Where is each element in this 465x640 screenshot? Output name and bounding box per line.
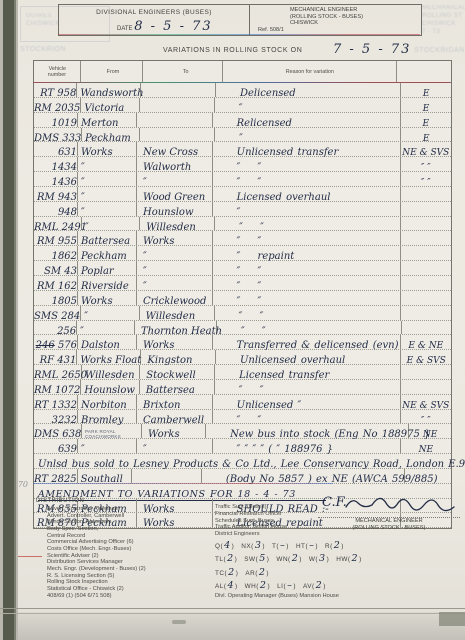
distribution-item: Costs Office (Mech. Engr.-Buses) (47, 546, 146, 553)
garage-code-close: ) (293, 583, 296, 590)
table-row: RML 2491″Willesden″ ″ (34, 217, 451, 232)
smudge-mark (172, 620, 186, 624)
garage-code: AV( (303, 583, 315, 590)
code-line: Q(4)NX(3)T(–)HT(–)R(2) (215, 540, 369, 553)
signature-block: C.F. MECHANICAL ENGINEER (ROLLING STOCK … (318, 495, 460, 531)
signature-role-1: MECHANICAL ENGINEER (318, 518, 460, 525)
garage-code-close: ) (267, 556, 270, 563)
table-row: 1434″Walworth″ ″″ ″ (34, 157, 451, 172)
garage-code: AL( (215, 583, 226, 590)
table-row: 1805WorksCricklewood″ ″ (34, 291, 451, 306)
distribution-list-left: Advert. Controller, AldenhamAdvert. Cont… (47, 506, 146, 599)
table-row: 639″″″ ″ ″ ″ ( ″ 188976 }NE (34, 439, 451, 454)
table-row: SM 43Poplar″″ ″ (34, 261, 451, 276)
distribution-item: Distribution Services Manager (47, 559, 146, 566)
table-row: RML 2650WillesdenStockwellLicensed trans… (34, 365, 451, 380)
distribution-item: Advert. Controller, Camberwell (47, 513, 146, 520)
distribution-item: Advert. Controller, Aldenham (47, 506, 146, 513)
ref-number: Ref. 508/1 (258, 27, 284, 33)
distribution-item: Commercial Advertising Officer (6) (47, 539, 146, 546)
distribution-item: Statistical Office - Chiswick (2) (47, 586, 146, 593)
code-count-handwritten: 2 (226, 553, 235, 564)
garage-code-close: ) (236, 570, 239, 577)
table-row: 256″Thornton Heath″ ″ (34, 321, 451, 336)
garage-code: W( (309, 556, 318, 563)
garage-code-close: ) (299, 556, 302, 563)
code-count-handwritten: 5 (258, 553, 267, 564)
garage-code: WN( (276, 556, 290, 563)
distribution-item: 408/69 (1) (504 6/71 508) (47, 593, 146, 600)
garage-code-close: ) (286, 543, 289, 550)
garage-code: TL( (215, 556, 226, 563)
table-row: RM 162Riverside″″ ″ (34, 276, 451, 291)
variation-date-handwritten: 7 - 5 - 73 (333, 42, 411, 57)
distribution-item: Mech. Engr. (Development - Buses) (2) (47, 566, 146, 573)
table-row: RF 431Works FloatKingstonUnlicensed over… (34, 350, 451, 365)
table-body: RT 958WandsworthDelicensedERM 2035Victor… (34, 83, 451, 528)
corner-shadow (439, 612, 465, 626)
table-row: 246 576DalstonWorksTransferred & delicen… (34, 335, 451, 350)
code-count-handwritten: 4 (226, 580, 235, 591)
garage-code: R( (325, 543, 333, 550)
distribution-item: Traffic Supt. (Buses) (215, 504, 287, 511)
table-row: DMS 333Peckham″E (34, 128, 451, 143)
mechanical-engineer-box: MECHANICAL ENGINEER (ROLLING STOCK - BUS… (250, 5, 421, 35)
distribution-item: District Engineers (215, 531, 287, 538)
distribution-list-middle: Traffic Supt. (Buses)Financial Research … (215, 504, 287, 538)
code-line: TC(2)AR(2) (215, 567, 369, 580)
code-count-handwritten: 2 (227, 567, 236, 578)
scan-artifact-line (33, 483, 333, 484)
code-line: AL(4)WH(2)LI(–)AV(2) (215, 580, 369, 593)
variations-table: Vehicle number From To Reason for variat… (33, 60, 452, 529)
table-row: RT 2825Southall(Body No 5857 ) ex NE (AW… (34, 469, 451, 484)
garage-code: AR( (245, 570, 258, 577)
garage-code: SW( (244, 556, 258, 563)
table-row: RM 1072HounslowBattersea″ ″ (34, 380, 451, 395)
garage-code-close: ) (359, 556, 362, 563)
code-count-handwritten: 3 (318, 553, 327, 564)
garage-code: T( (272, 543, 279, 550)
distribution-item: Blinds Section, Aldenham (47, 519, 146, 526)
garage-code: WH( (245, 583, 259, 590)
distribution-item: Central Record (47, 533, 146, 540)
garage-code-close: ) (266, 570, 269, 577)
garage-code: Q( (215, 543, 223, 550)
garage-code-close: ) (323, 583, 326, 590)
garage-code-close: ) (235, 583, 238, 590)
header-boxes: DIVISIONAL ENGINEERS (BUSES) DATE 8 - 5 … (58, 4, 422, 36)
scanned-form-page: OUIRES CHISWICK MECHANICAL ROLLING ST CH… (0, 0, 465, 640)
code-count-handwritten: 4 (223, 540, 232, 551)
table-row: DMS 638PARK ROYAL COACHWORKSWorksNew bus… (34, 424, 451, 439)
signature-scrawl: C.F. (318, 495, 460, 517)
garage-code: NX( (241, 543, 254, 550)
table-row: RM 955BatterseaWorks″ ″ (34, 231, 451, 246)
mechanical-engineer-address: MECHANICAL ENGINEER (ROLLING STOCK - BUS… (290, 7, 363, 27)
table-header-row: Vehicle number From To Reason for variat… (34, 61, 451, 83)
scan-bottom-band (0, 612, 465, 640)
garage-code-close: ) (267, 583, 270, 590)
garage-code: TC( (215, 570, 227, 577)
garage-code-counts: Q(4)NX(3)T(–)HT(–)R(2)TL(2)SW(5)WN(2)W(3… (215, 540, 369, 594)
code-count-handwritten: 2 (291, 553, 300, 564)
table-row: 1862Peckham″″ repaint (34, 246, 451, 261)
table-row: 948″Hounslow″ (34, 202, 451, 217)
distribution-item: Schedules Supt. Buses (215, 518, 287, 525)
table-row: SMS 284″Willesden″ ″ (34, 306, 451, 321)
table-row: RT 1332NorbitonBrixtonUnlicensed ″NE & S… (34, 395, 451, 410)
code-line: TL(2)SW(5)WN(2)W(3)HW(2) (215, 553, 369, 566)
code-count-handwritten: 2 (333, 540, 342, 551)
bleed-through-text: OUIRES CHISWICK (26, 12, 60, 28)
date-label: DATE (117, 26, 133, 32)
distribution-title: DISTRIBUTION (36, 498, 84, 504)
bleed-through-text: STOCKRIDAN (414, 47, 465, 54)
date-line: DATE 8 - 5 - 73 (117, 19, 213, 34)
table-row: 1436″″″ ″″ ″ (34, 172, 451, 187)
page-fold-line (0, 608, 465, 614)
garage-code: HT( (296, 543, 308, 550)
distribution-item: Rolling Stock Inspection (47, 579, 146, 586)
table-row: RT 958WandsworthDelicensedE (34, 83, 451, 98)
col-header-vehicle-number: Vehicle number (34, 61, 81, 82)
col-header-reason: Reason for variation (223, 61, 397, 82)
code-count-handwritten: 2 (351, 553, 360, 564)
bleed-through-text: MECHANICAL ROLLING ST CHISWICK 7 - 73 (422, 4, 465, 36)
table-row: RM 943″Wood GreenLicensed overhaul (34, 187, 451, 202)
table-row: 1019MertonRelicensedE (34, 113, 451, 128)
form-title: VARIATIONS IN ROLLING STOCK ON (163, 47, 302, 54)
signature-initials: C.F. (322, 495, 347, 510)
divisional-engineers-title: DIVISIONAL ENGINEERS (BUSES) (59, 9, 249, 16)
table-row: 631WorksNew CrossUnlicensed transferNE &… (34, 142, 451, 157)
col-header-to: To (143, 61, 223, 82)
distribution-item: Traffic Auditor, Griffith House (215, 524, 287, 531)
distribution-item: Body Spec. Section, (47, 526, 146, 533)
table-row: 3232BromleyCamberwell″ ″″ ″ (34, 410, 451, 425)
distribution-item: R. S. Licensing Section (5) (47, 573, 146, 580)
garage-code-close: ) (262, 543, 265, 550)
bleed-through-text: STOCKRION (20, 46, 66, 53)
garage-code-close: ) (235, 556, 238, 563)
scanner-edge-strip (0, 0, 18, 640)
table-row: Unlsd bus sold to Lesney Products & Co L… (34, 454, 451, 469)
col-header-from: From (81, 61, 143, 82)
garage-code-close: ) (341, 543, 344, 550)
col-header-extra (397, 61, 451, 82)
distribution-item: Scientific Adviser (2) (47, 553, 146, 560)
garage-code: HW( (336, 556, 350, 563)
scan-artifact-line (58, 34, 420, 35)
garage-code-close: ) (315, 543, 318, 550)
date-value-handwritten: 8 - 5 - 73 (134, 19, 212, 34)
garage-code-close: ) (232, 543, 235, 550)
garage-code: LI( (277, 583, 286, 590)
distribution-item: Financial Research Officer (215, 511, 287, 518)
signature-role-2: (ROLLING STOCK - BUSES) (318, 525, 460, 532)
scan-artifact-line (33, 82, 450, 83)
garage-code-close: ) (327, 556, 330, 563)
code-count-handwritten: 2 (315, 580, 324, 591)
divisional-engineers-box: DIVISIONAL ENGINEERS (BUSES) DATE 8 - 5 … (59, 5, 250, 35)
divisional-operating-manager-line: Divl. Operating Manager (Buses) Mansion … (215, 593, 339, 599)
table-row: RM 2035Victoria″E (34, 98, 451, 113)
